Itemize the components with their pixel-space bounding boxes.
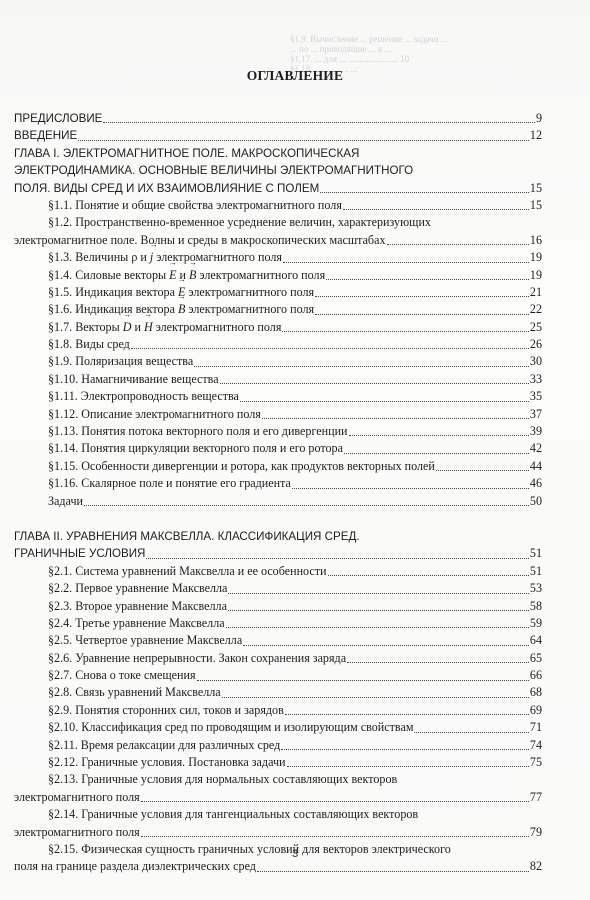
bleed-through-line: §1.9. Вычисление ... решения ... задачи …	[290, 34, 590, 44]
dot-leader	[292, 487, 529, 489]
toc-page-number: 21	[530, 284, 542, 301]
dot-leader	[78, 139, 529, 141]
toc-entry-row: §1.1. Понятие и общие свойства электрома…	[14, 197, 542, 214]
toc-entry-label: электромагнитного поля	[14, 824, 140, 841]
dot-leader	[243, 644, 529, 646]
toc-page-number: 77	[530, 789, 542, 806]
toc-entry-row: §1.5. Индикация вектораEэлектромагнитног…	[14, 284, 542, 301]
toc-entry-row: §2.5. Четвертое уравнение Максвелла64	[14, 632, 542, 649]
toc-entry-row: §1.10. Намагничивание вещества33	[14, 371, 542, 388]
dot-leader	[315, 313, 529, 315]
toc-page-number: 46	[530, 475, 542, 492]
toc-entry-row: Задачи50	[14, 493, 542, 510]
dot-leader	[349, 434, 529, 436]
toc-entry-row: §2.11. Время релаксации для различных ср…	[14, 737, 542, 754]
toc-entry-row: электромагнитного поля79	[14, 824, 542, 841]
toc-entry-row: §1.7. ВекторыDиHэлектромагнитного поля25	[14, 319, 542, 336]
toc-page-number: 15	[530, 180, 542, 197]
dot-leader	[141, 835, 529, 837]
toc-entry-label: электромагнитное поле. Волны и среды в м…	[14, 232, 386, 249]
toc-page-number: 37	[530, 406, 542, 423]
toc-entry-row: §1.3. Величиныρиjэлектромагнитного поля1…	[14, 249, 542, 266]
toc-page-number: 59	[530, 615, 542, 632]
dot-leader	[287, 765, 529, 767]
toc-page-number: 39	[530, 423, 542, 440]
toc-entry-row: §2.10. Классификация сред по проводящим …	[14, 719, 542, 736]
toc-entry-row: §1.9. Поляризация вещества30	[14, 353, 542, 370]
page-number: 3	[0, 848, 590, 860]
toc-entry-label: §2.14. Граничные условия для тангенциаль…	[48, 806, 418, 823]
toc-page-number: 50	[530, 493, 542, 510]
dot-leader	[347, 661, 529, 663]
toc-entry-label: §2.4. Третье уравнение Максвелла	[48, 615, 225, 632]
toc-entry-row: электромагнитного поля77	[14, 789, 542, 806]
toc-page-number: 71	[530, 719, 542, 736]
toc-entry-label: §2.3. Второе уравнение Максвелла	[48, 598, 227, 615]
toc-entry-label: §1.8. Виды сред	[48, 336, 130, 353]
dot-leader	[436, 469, 529, 471]
vector-symbol: B	[189, 267, 196, 284]
toc-entry-row: §1.11. Электропроводность вещества35	[14, 388, 542, 405]
toc-entry-row: §1.4. Силовые векторыEиBэлектромагнитног…	[14, 267, 542, 284]
toc-entry-label: §1.11. Электропроводность вещества	[48, 388, 239, 405]
toc-page-number: 19	[530, 267, 542, 284]
dot-leader	[222, 696, 529, 698]
toc-page-number: 51	[530, 545, 542, 562]
toc-entry-label: §1.13. Понятия потока векторного поля и …	[48, 423, 348, 440]
toc-page-number: 64	[530, 632, 542, 649]
toc-entry-label: ГЛАВА II. УРАВНЕНИЯ МАКСВЕЛЛА. КЛАССИФИК…	[14, 528, 360, 545]
toc-entry-row: §1.13. Понятия потока векторного поля и …	[14, 423, 542, 440]
toc-entry-label: ЭЛЕКТРОДИНАМИКА. ОСНОВНЫЕ ВЕЛИЧИНЫ ЭЛЕКТ…	[14, 162, 413, 179]
vector-symbol: H	[144, 319, 153, 336]
toc-page-number: 75	[530, 754, 542, 771]
bleed-through-line: ... по ... приводящие ... к ...	[290, 44, 590, 54]
document-page: §1.9. Вычисление ... решения ... задачи …	[0, 0, 590, 900]
toc-page-number: 12	[530, 127, 542, 144]
toc-entry-label: §2.13. Граничные условия для нормальных …	[48, 771, 397, 788]
toc-chapter-row: ВВЕДЕНИЕ12	[14, 127, 542, 144]
toc-page-number: 51	[530, 563, 542, 580]
vector-symbol: B	[178, 301, 185, 318]
toc-entry-row: поля на границе раздела диэлектрических …	[14, 858, 542, 875]
toc-chapter-row: ГЛАВА I. ЭЛЕКТРОМАГНИТНОЕ ПОЛЕ. МАКРОСКО…	[14, 145, 542, 162]
dot-leader	[315, 295, 529, 297]
dot-leader	[146, 557, 528, 559]
toc-page-number: 65	[530, 650, 542, 667]
dot-leader	[285, 713, 529, 715]
toc-chapter-row: ГРАНИЧНЫЕ УСЛОВИЯ51	[14, 545, 542, 562]
dot-leader	[103, 121, 535, 123]
toc-chapter-row: ЭЛЕКТРОДИНАМИКА. ОСНОВНЫЕ ВЕЛИЧИНЫ ЭЛЕКТ…	[14, 162, 542, 179]
toc-page-number: 79	[530, 824, 542, 841]
toc-entry-label: §1.3. Величиныρиjэлектромагнитного поля	[48, 249, 282, 266]
toc-page-number: 68	[530, 684, 542, 701]
toc-page-number: 42	[530, 440, 542, 457]
toc-page-number: 25	[530, 319, 542, 336]
toc-entry-label: §1.16. Скалярное поле и понятие его град…	[48, 475, 291, 492]
toc-page-number: 82	[530, 858, 542, 875]
toc-entry-row: электромагнитное поле. Волны и среды в м…	[14, 232, 542, 249]
toc-entry-label: поля на границе раздела диэлектрических …	[14, 858, 256, 875]
toc-entry-row: §2.12. Граничные условия. Постановка зад…	[14, 754, 542, 771]
toc-chapter-row: ГЛАВА II. УРАВНЕНИЯ МАКСВЕЛЛА. КЛАССИФИК…	[14, 528, 542, 545]
dot-leader	[343, 208, 529, 210]
toc-entry-label: §1.14. Понятия циркуляции векторного пол…	[48, 440, 343, 457]
toc-page-number: 16	[530, 232, 542, 249]
toc-entry-row: §2.14. Граничные условия для тангенциаль…	[14, 806, 542, 823]
toc-entry-row: §2.13. Граничные условия для нормальных …	[14, 771, 542, 788]
toc-entry-label: §1.12. Описание электромагнитного поля	[48, 406, 261, 423]
toc-entry-label: §2.8. Связь уравнений Максвелла	[48, 684, 221, 701]
dot-leader	[262, 417, 529, 419]
dot-leader	[282, 330, 529, 332]
toc-entry-row: §2.6. Уравнение непрерывности. Закон сох…	[14, 650, 542, 667]
toc-entry-label: §2.12. Граничные условия. Постановка зад…	[48, 754, 286, 771]
dot-leader	[281, 748, 529, 750]
toc-entry-row: §1.8. Виды сред26	[14, 336, 542, 353]
toc-entry-row: §2.7. Снова о токе смещения66	[14, 667, 542, 684]
toc-entry-label: ПРЕДИСЛОВИЕ	[14, 110, 102, 127]
toc-page-number: 30	[530, 353, 542, 370]
toc-entry-row: §1.12. Описание электромагнитного поля37	[14, 406, 542, 423]
dot-leader	[240, 400, 529, 402]
toc-entry-label: §1.10. Намагничивание вещества	[48, 371, 219, 388]
toc-entry-row: §1.14. Понятия циркуляции векторного пол…	[14, 440, 542, 457]
toc-page-number: 19	[530, 249, 542, 266]
toc-entry-label: ПОЛЯ. ВИДЫ СРЕД И ИХ ВЗАИМОВЛИЯНИЕ С ПОЛ…	[14, 180, 319, 197]
dot-leader	[320, 191, 529, 193]
toc-entry-row: §2.3. Второе уравнение Максвелла58	[14, 598, 542, 615]
toc-entry-label: §2.2. Первое уравнение Максвелла	[48, 580, 227, 597]
dot-leader	[141, 800, 529, 802]
vector-symbol: D	[123, 319, 132, 336]
toc-entry-row: §2.1. Система уравнений Максвелла и ее о…	[14, 563, 542, 580]
toc-page-number: 66	[530, 667, 542, 684]
toc-entry-label: §1.9. Поляризация вещества	[48, 353, 193, 370]
dot-leader	[131, 347, 529, 349]
dot-leader	[194, 365, 529, 367]
toc-entry-label: §2.10. Классификация сред по проводящим …	[48, 719, 413, 736]
dot-leader	[283, 261, 529, 263]
toc-entry-label: ВВЕДЕНИЕ	[14, 127, 77, 144]
toc-entry-label: §2.1. Система уравнений Максвелла и ее о…	[48, 563, 327, 580]
toc-page-number: 44	[530, 458, 542, 475]
toc-entry-label: электромагнитного поля	[14, 789, 140, 806]
vector-symbol: E	[169, 267, 176, 284]
toc-entry-label: §2.11. Время релаксации для различных ср…	[48, 737, 280, 754]
dot-leader	[220, 382, 529, 384]
toc-page-number: 22	[530, 301, 542, 318]
toc-page-number: 53	[530, 580, 542, 597]
page-title: ОГЛАВЛЕНИЕ	[0, 68, 590, 84]
toc-page-number: 26	[530, 336, 542, 353]
toc-entry-label: §2.7. Снова о токе смещения	[48, 667, 196, 684]
toc-chapter-row: ПРЕДИСЛОВИЕ9	[14, 110, 542, 127]
toc-page-number: 15	[530, 197, 542, 214]
toc-entry-label: §1.2. Пространственно-временное усреднен…	[48, 214, 431, 231]
toc-entry-label: §1.1. Понятие и общие свойства электрома…	[48, 197, 342, 214]
toc-entry-label: ГРАНИЧНЫЕ УСЛОВИЯ	[14, 545, 145, 562]
vector-symbol: j	[150, 249, 153, 266]
toc-chapter-row: ПОЛЯ. ВИДЫ СРЕД И ИХ ВЗАИМОВЛИЯНИЕ С ПОЛ…	[14, 180, 542, 197]
table-of-contents: ПРЕДИСЛОВИЕ9ВВЕДЕНИЕ12ГЛАВА I. ЭЛЕКТРОМА…	[14, 110, 542, 876]
toc-entry-row: §1.6. Индикация вектораBэлектромагнитног…	[14, 301, 542, 318]
dot-leader	[344, 452, 529, 454]
dot-leader	[257, 870, 529, 872]
bleed-through-line: §1.17. ... для ... .....................…	[290, 54, 590, 64]
dot-leader	[414, 731, 528, 733]
toc-entry-label: §1.15. Особенности дивергенции и ротора,…	[48, 458, 435, 475]
toc-entry-label: §1.4. Силовые векторыEиBэлектромагнитног…	[48, 267, 325, 284]
toc-entry-label: §2.5. Четвертое уравнение Максвелла	[48, 632, 242, 649]
toc-page-number: 74	[530, 737, 542, 754]
toc-entry-label: §1.7. ВекторыDиHэлектромагнитного поля	[48, 319, 281, 336]
toc-entry-row: §2.9. Понятия сторонних сил, токов и зар…	[14, 702, 542, 719]
dot-leader	[226, 626, 529, 628]
dot-leader	[197, 679, 529, 681]
dot-leader	[387, 243, 529, 245]
toc-page-number: 69	[530, 702, 542, 719]
toc-entry-label: Задачи	[48, 493, 83, 510]
toc-page-number: 33	[530, 371, 542, 388]
toc-entry-label: §2.9. Понятия сторонних сил, токов и зар…	[48, 702, 284, 719]
toc-page-number: 58	[530, 598, 542, 615]
toc-entry-row: §1.16. Скалярное поле и понятие его град…	[14, 475, 542, 492]
greek-symbol: ρ	[131, 250, 137, 264]
toc-entry-row: §2.8. Связь уравнений Максвелла68	[14, 685, 542, 702]
toc-entry-row: §2.2. Первое уравнение Максвелла53	[14, 580, 542, 597]
toc-entry-row: §2.4. Третье уравнение Максвелла59	[14, 615, 542, 632]
dot-leader	[84, 504, 529, 506]
toc-entry-label: §2.6. Уравнение непрерывности. Закон сох…	[48, 650, 346, 667]
dot-leader	[326, 278, 529, 280]
dot-leader	[228, 609, 529, 611]
dot-leader	[328, 574, 529, 576]
toc-entry-label: ГЛАВА I. ЭЛЕКТРОМАГНИТНОЕ ПОЛЕ. МАКРОСКО…	[14, 145, 359, 162]
toc-page-number: 9	[536, 110, 542, 127]
toc-entry-row: §1.2. Пространственно-временное усреднен…	[14, 214, 542, 231]
toc-entry-label: §1.6. Индикация вектораBэлектромагнитног…	[48, 301, 314, 318]
toc-entry-row: §1.15. Особенности дивергенции и ротора,…	[14, 458, 542, 475]
toc-page-number: 35	[530, 388, 542, 405]
dot-leader	[228, 592, 528, 594]
